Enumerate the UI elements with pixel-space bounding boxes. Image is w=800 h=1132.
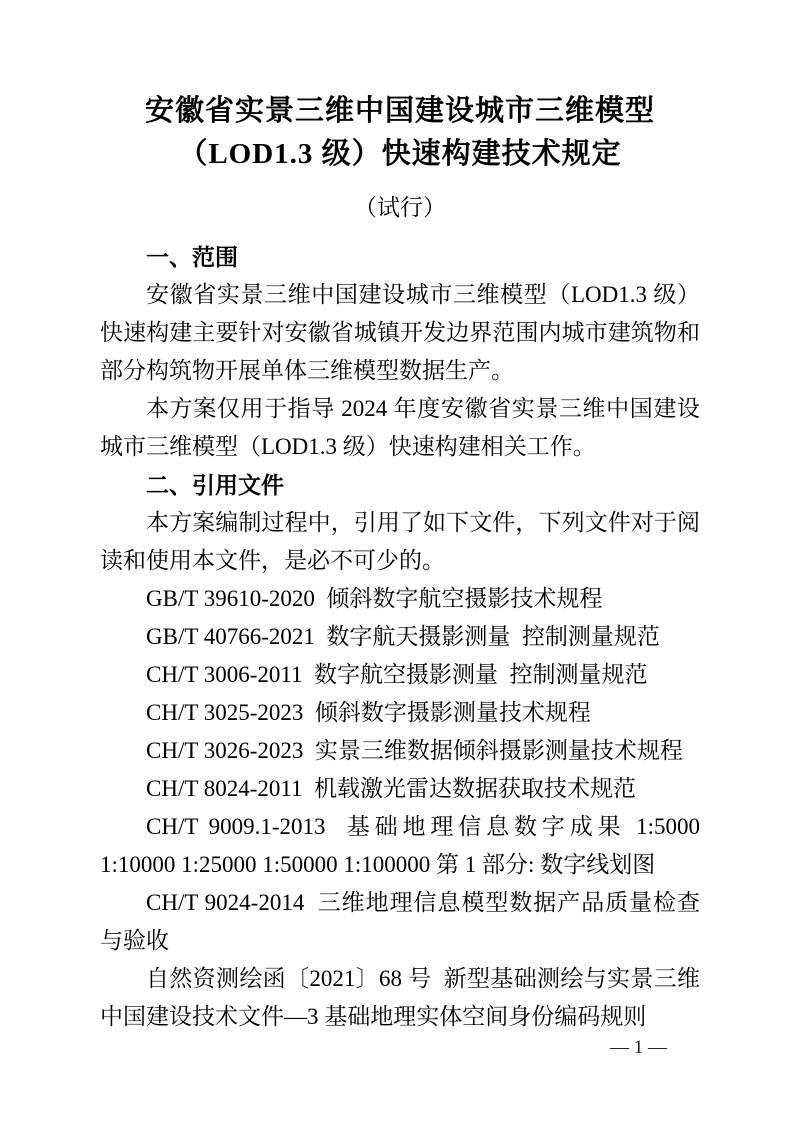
paragraph: 本方案仅用于指导 2024 年度安徽省实景三维中国建设城市三维模型（LOD1.3… (100, 390, 700, 466)
reference-item: CH/T 8024-2011 机载激光雷达数据获取技术规范 (100, 770, 700, 808)
paragraph: 安徽省实景三维中国建设城市三维模型（LOD1.3 级）快速构建主要针对安徽省城镇… (100, 276, 700, 390)
paragraph: 本方案编制过程中，引用了如下文件，下列文件对于阅读和使用本文件，是必不可少的。 (100, 504, 700, 580)
reference-item: CH/T 3026-2023 实景三维数据倾斜摄影测量技术规程 (100, 732, 700, 770)
reference-item: GB/T 40766-2021 数字航天摄影测量 控制测量规范 (100, 618, 700, 656)
document-subtitle: （试行） (100, 193, 700, 223)
section-heading-references: 二、引用文件 (100, 466, 700, 504)
document-title-line-2: （LOD1.3 级）快速构建技术规定 (100, 133, 700, 176)
reference-item: CH/T 9024-2014 三维地理信息模型数据产品质量检查与验收 (100, 884, 700, 960)
reference-item: GB/T 39610-2020 倾斜数字航空摄影技术规程 (100, 580, 700, 618)
section-heading-scope: 一、范围 (100, 238, 700, 276)
document-title-line-1: 安徽省实景三维中国建设城市三维模型 (100, 90, 700, 133)
reference-item: CH/T 3006-2011 数字航空摄影测量 控制测量规范 (100, 656, 700, 694)
reference-item: CH/T 9009.1-2013 基础地理信息数字成果 1:5000 1:100… (100, 808, 700, 884)
document-page: 安徽省实景三维中国建设城市三维模型 （LOD1.3 级）快速构建技术规定 （试行… (0, 0, 800, 1132)
reference-item: CH/T 3025-2023 倾斜数字摄影测量技术规程 (100, 694, 700, 732)
reference-item: 自然资测绘函〔2021〕68 号 新型基础测绘与实景三维中国建设技术文件—3 基… (100, 960, 700, 1036)
page-number: — 1 — (610, 1036, 667, 1060)
